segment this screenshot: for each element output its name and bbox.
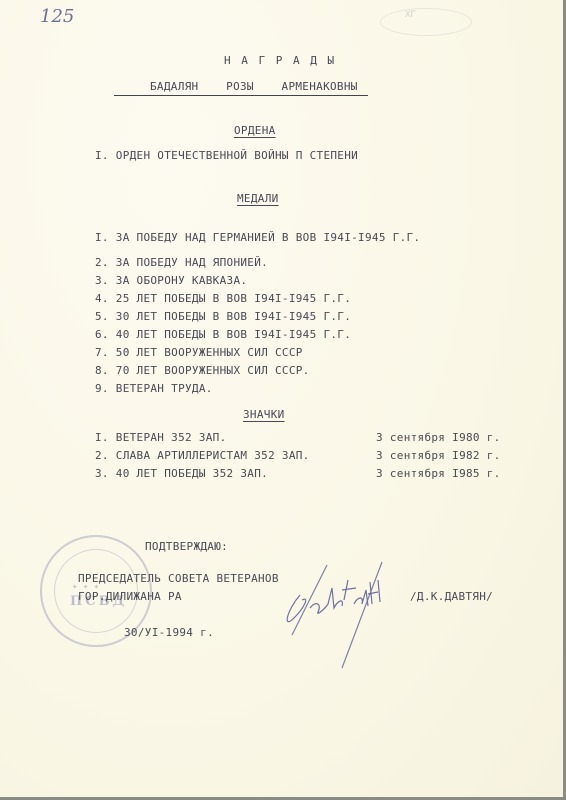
confirmation-date: 30/УI-1994 г. (124, 626, 214, 639)
faint-stamp-mark (380, 8, 472, 36)
document-title: Н А Г Р А Д Ы (224, 54, 336, 67)
badge-label: I. ВЕТЕРАН 352 ЗАП. (95, 431, 227, 444)
position-line-1: ПРЕДСЕДАТЕЛЬ СОВЕТА ВЕТЕРАНОВ (78, 572, 279, 585)
orders-heading: ОРДЕНА (234, 124, 276, 137)
medal-item: I. ЗА ПОБЕДУ НАД ГЕРМАНИЕЙ В ВОВ I94I-I9… (95, 231, 420, 244)
signature-icon (282, 560, 402, 670)
medal-item: 3. ЗА ОБОРОНУ КАВКАЗА. (95, 274, 247, 287)
document-page: 125 ХГ Н А Г Р А Д Ы БАДАЛЯН РОЗЫ АРМЕНА… (0, 0, 563, 797)
archive-number: 125 (40, 6, 74, 27)
medal-item: 7. 50 ЛЕТ ВООРУЖЕННЫХ СИЛ СССР (95, 346, 303, 359)
recipient-name: БАДАЛЯН РОЗЫ АРМЕНАКОВНЫ (150, 80, 358, 93)
signer-name: /Д.К.ДАВТЯН/ (410, 590, 493, 603)
medal-item: 6. 40 ЛЕТ ПОБЕДЫ В ВОВ I94I-I945 Г.Г. (95, 328, 351, 341)
medal-item: 9. ВЕТЕРАН ТРУДА. (95, 382, 213, 395)
recipient-underline (114, 95, 368, 96)
medal-item: 8. 70 ЛЕТ ВООРУЖЕННЫХ СИЛ СССР. (95, 364, 310, 377)
badge-date: 3 сентября I985 г. (376, 467, 501, 480)
badges-heading: ЗНАЧКИ (243, 408, 285, 421)
badge-label: 3. 40 ЛЕТ ПОБЕДЫ 352 ЗАП. (95, 467, 268, 480)
position-line-2: ГОР.ДИЛИЖАНА РА (78, 590, 182, 603)
badge-date: 3 сентября I982 г. (376, 449, 501, 462)
medal-item: 5. 30 ЛЕТ ПОБЕДЫ В ВОВ I94I-I945 Г.Г. (95, 310, 351, 323)
medals-heading: МЕДАЛИ (237, 192, 279, 205)
confirm-label: ПОДТВЕРЖДАЮ: (145, 540, 228, 553)
badge-date: 3 сентября I980 г. (376, 431, 501, 444)
medal-item: 4. 25 ЛЕТ ПОБЕДЫ В ВОВ I94I-I945 Г.Г. (95, 292, 351, 305)
medal-item: 2. ЗА ПОБЕДУ НАД ЯПОНИЕЙ. (95, 256, 268, 269)
badge-label: 2. СЛАВА АРТИЛЛЕРИСТАМ 352 ЗАП. (95, 449, 310, 462)
faint-mark-text: ХГ (405, 10, 416, 20)
order-item: I. ОРДЕН ОТЕЧЕСТВЕННОЙ ВОЙНЫ П СТЕПЕНИ (95, 149, 358, 162)
